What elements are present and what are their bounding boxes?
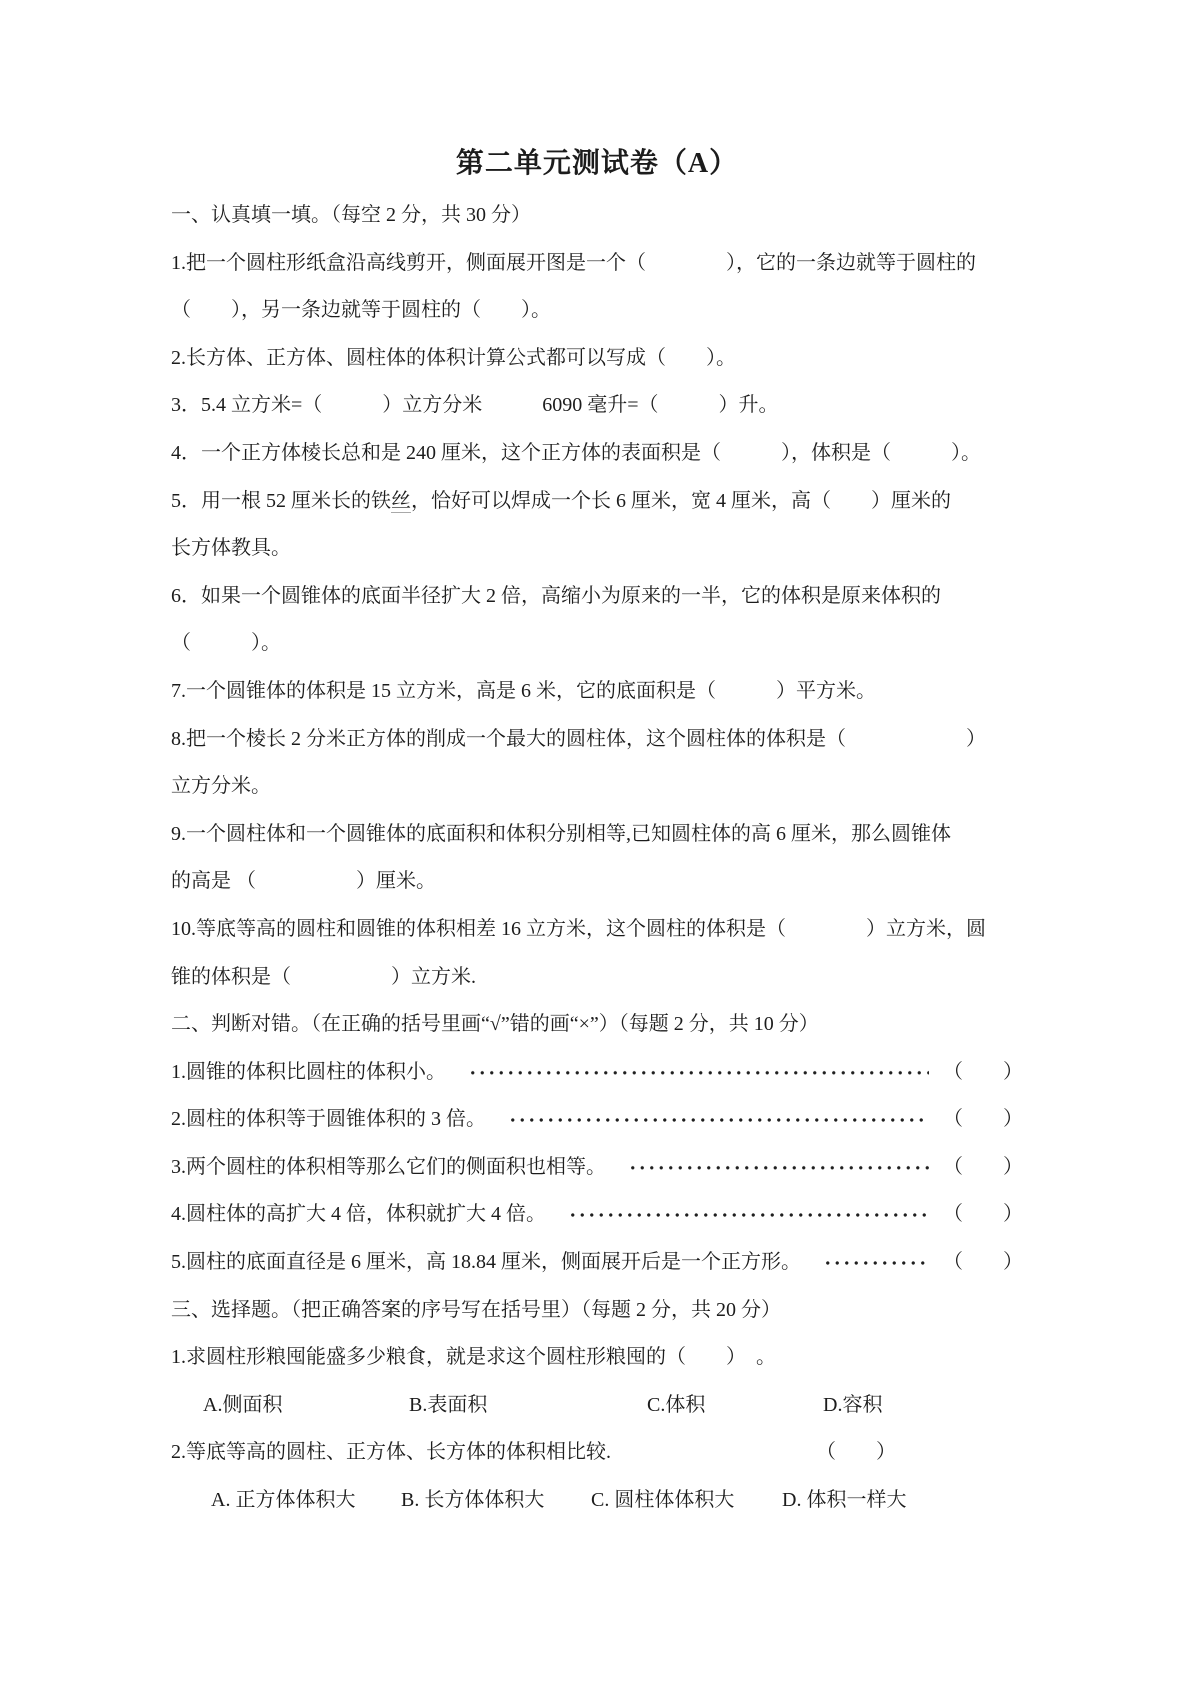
judge-item-5: 5.圆柱的底面直径是 6 厘米，高 18.84 厘米，侧面展开后是一个正方形。 … (171, 1239, 1023, 1287)
fill-line-q8a: 8.把一个棱长 2 分米正方体的削成一个最大的圆柱体，这个圆柱体的体积是（ ） (171, 716, 1023, 764)
option-item-a: A.侧面积 (203, 1382, 409, 1430)
fill-line-q5a: 5．用一根 52 厘米长的铁丝，恰好可以焊成一个长 6 厘米，宽 4 厘米，高（… (171, 478, 1023, 526)
fill-line-q5b: 长方体教具。 (171, 525, 1023, 573)
choice1-options-row: A.侧面积 B.表面积 C.体积 D.容积 (171, 1382, 1023, 1430)
q5-text-post: ，恰好可以焊成一个长 6 厘米，宽 4 厘米，高（ ）厘米的 (411, 490, 951, 512)
dot-leader (508, 1096, 929, 1144)
q5-underlined-char: 丝 (391, 490, 411, 513)
option-item-d: D. 体积一样大 (782, 1477, 906, 1525)
answer-blank: （ ） (943, 1049, 1023, 1097)
fill-line-q1b: （ ），另一条边就等于圆柱的（ ）。 (171, 287, 1023, 335)
option-item-b: B. 长方体体积大 (401, 1477, 591, 1525)
judge-text: 5.圆柱的底面直径是 6 厘米，高 18.84 厘米，侧面展开后是一个正方形。 (171, 1239, 801, 1287)
section3-header: 三、选择题。（把正确答案的序号写在括号里）（每题 2 分，共 20 分） (171, 1287, 1023, 1335)
judge-text: 2.圆柱的体积等于圆锥体积的 3 倍。 (171, 1096, 486, 1144)
judge-text: 3.两个圆柱的体积相等那么它们的侧面积也相等。 (171, 1144, 606, 1192)
choice-question-1: 1.求圆柱形粮囤能盛多少粮食，就是求这个圆柱形粮囤的（ ） 。 (171, 1334, 1023, 1382)
fill-line-q3: 3．5.4 立方米=（ ）立方分米 6090 毫升=（ ）升。 (171, 382, 1023, 430)
section1-header: 一、认真填一填。（每空 2 分，共 30 分） (171, 192, 1023, 240)
option-item-c: C.体积 (647, 1382, 823, 1430)
answer-blank: （ ） (943, 1239, 1023, 1287)
choice2-options-row: A. 正方体体积大 B. 长方体体积大 C. 圆柱体体积大 D. 体积一样大 (171, 1477, 1023, 1525)
judge-item-1: 1.圆锥的体积比圆柱的体积小。 （ ） (171, 1049, 1023, 1097)
option-item-b: B.表面积 (409, 1382, 647, 1430)
judge-text: 1.圆锥的体积比圆柱的体积小。 (171, 1049, 446, 1097)
fill-line-q6a: 6．如果一个圆锥体的底面半径扩大 2 倍，高缩小为原来的一半，它的体积是原来体积… (171, 573, 1023, 621)
answer-blank: （ ） (943, 1144, 1023, 1192)
test-paper-page: 第二单元测试卷（A） 一、认真填一填。（每空 2 分，共 30 分） 1.把一个… (0, 0, 1191, 1684)
dot-leader (568, 1191, 929, 1239)
fill-line-q6b: （ ）。 (171, 620, 1023, 668)
fill-line-q10a: 10.等底等高的圆柱和圆锥的体积相差 16 立方米，这个圆柱的体积是（ ）立方米… (171, 906, 1023, 954)
judge-item-2: 2.圆柱的体积等于圆锥体积的 3 倍。 （ ） (171, 1096, 1023, 1144)
choice2-text: 2.等底等高的圆柱、正方体、长方体的体积相比较. (171, 1429, 611, 1477)
judge-item-4: 4.圆柱体的高扩大 4 倍，体积就扩大 4 倍。 （ ） (171, 1191, 1023, 1239)
page-title: 第二单元测试卷（A） (171, 136, 1023, 192)
fill-line-q2: 2.长方体、正方体、圆柱体的体积计算公式都可以写成（ ）。 (171, 335, 1023, 383)
judge-item-3: 3.两个圆柱的体积相等那么它们的侧面积也相等。 （ ） (171, 1144, 1023, 1192)
fill-line-q9b: 的高是 （ ）厘米。 (171, 858, 1023, 906)
q5-text-pre: 5．用一根 52 厘米长的铁 (171, 490, 391, 512)
option-item-c: C. 圆柱体体积大 (591, 1477, 782, 1525)
fill-line-q8b: 立方分米。 (171, 763, 1023, 811)
dot-leader (823, 1239, 929, 1287)
fill-line-q7: 7.一个圆锥体的体积是 15 立方米，高是 6 米，它的底面积是（ ）平方米。 (171, 668, 1023, 716)
dot-leader (628, 1144, 929, 1192)
spacer (611, 1429, 816, 1477)
answer-blank: （ ） (943, 1096, 1023, 1144)
judge-text: 4.圆柱体的高扩大 4 倍，体积就扩大 4 倍。 (171, 1191, 546, 1239)
fill-line-q1a: 1.把一个圆柱形纸盒沿高线剪开，侧面展开图是一个（ ），它的一条边就等于圆柱的 (171, 240, 1023, 288)
fill-line-q9a: 9.一个圆柱体和一个圆锥体的底面积和体积分别相等,已知圆柱体的高 6 厘米，那么… (171, 811, 1023, 859)
fill-line-q10b: 锥的体积是（ ）立方米. (171, 954, 1023, 1002)
paper-content: 第二单元测试卷（A） 一、认真填一填。（每空 2 分，共 30 分） 1.把一个… (171, 136, 1023, 1525)
choice-question-2: 2.等底等高的圆柱、正方体、长方体的体积相比较. （ ） (171, 1429, 1023, 1477)
answer-blank: （ ） (943, 1191, 1023, 1239)
dot-leader (468, 1049, 929, 1097)
option-item-a: A. 正方体体积大 (211, 1477, 401, 1525)
section2-header: 二、判断对错。（在正确的括号里画“√”错的画“×”）（每题 2 分，共 10 分… (171, 1001, 1023, 1049)
option-item-d: D.容积 (823, 1382, 882, 1430)
answer-blank: （ ） (816, 1429, 896, 1477)
fill-line-q4: 4．一个正方体棱长总和是 240 厘米，这个正方体的表面积是（ ），体积是（ ）… (171, 430, 1023, 478)
